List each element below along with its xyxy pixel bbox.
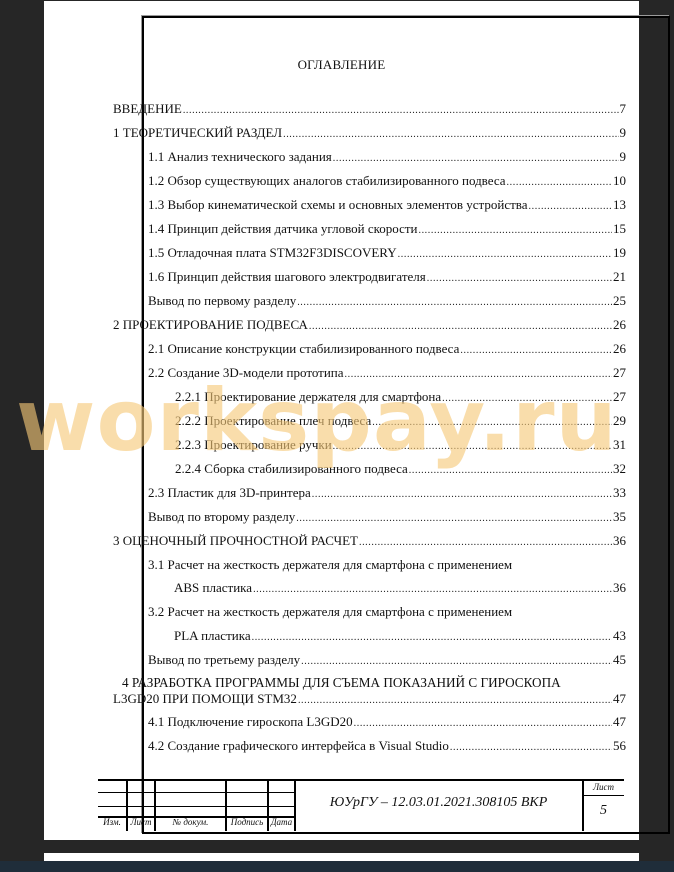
toc-entry-page: 45	[613, 651, 626, 669]
stamp-sheet-divider	[583, 795, 624, 796]
toc-entry[interactable]: 1.1 Анализ технического задания9	[148, 148, 626, 166]
toc-entry-page: 47	[613, 713, 626, 731]
toc-entry-label: 1.3 Выбор кинематической схемы и основны…	[148, 196, 528, 214]
toc-entry-page: 10	[613, 172, 626, 190]
stamp-border-top	[98, 779, 624, 781]
toc-entry[interactable]: ABS пластика36	[174, 579, 626, 597]
dot-leader	[297, 292, 612, 310]
toc-entry[interactable]: 1.2 Обзор существующих аналогов стабилиз…	[148, 172, 626, 190]
toc-entry-page: 7	[620, 100, 627, 118]
dot-leader	[345, 364, 612, 382]
toc-entry-label: 2.2.3 Проектирование ручки	[175, 436, 332, 454]
toc-entry-page: 9	[620, 148, 627, 166]
toc-entry-label-line1[interactable]: 3.1 Расчет на жесткость держателя для см…	[148, 556, 512, 574]
toc-entry-label: 2 ПРОЕКТИРОВАНИЕ ПОДВЕСА	[113, 316, 308, 334]
toc-entry[interactable]: 2.1 Описание конструкции стабилизированн…	[148, 340, 626, 358]
toc-entry-label: 2.3 Пластик для 3D-принтера	[148, 484, 311, 502]
dot-leader	[507, 172, 612, 190]
toc-entry[interactable]: 3 ОЦЕНОЧНЫЙ ПРОЧНОСТНОЙ РАСЧЕТ36	[113, 532, 626, 550]
toc-entry-label: ВВЕДЕНИЕ	[113, 100, 182, 118]
toc-entry-page: 15	[613, 220, 626, 238]
toc-entry-page: 27	[613, 388, 626, 406]
toc-entry-label: 2.2.1 Проектирование держателя для смарт…	[175, 388, 441, 406]
toc-entry-label: PLA пластика	[174, 627, 251, 645]
toc-entry-label: Вывод по первому разделу	[148, 292, 296, 310]
dot-leader	[418, 220, 612, 238]
toc-entry-page: 29	[613, 412, 626, 430]
toc-entry-page: 33	[613, 484, 626, 502]
toc-entry[interactable]: Вывод по первому разделу25	[148, 292, 626, 310]
toc-entry[interactable]: 1.3 Выбор кинематической схемы и основны…	[148, 196, 626, 214]
toc-entry-label: 3 ОЦЕНОЧНЫЙ ПРОЧНОСТНОЙ РАСЧЕТ	[113, 532, 358, 550]
toc-entry[interactable]: 4.2 Создание графического интерфейса в V…	[148, 737, 626, 755]
toc-entry-page: 31	[613, 436, 626, 454]
dot-leader	[312, 484, 612, 502]
toc-entry-label: 2.2.2 Проектирование плеч подвеса	[175, 412, 371, 430]
stamp-label-date: Дата	[268, 817, 295, 827]
toc-entry[interactable]: 2.2 Создание 3D-модели прототипа27	[148, 364, 626, 382]
dot-leader	[283, 124, 618, 142]
toc-entry-label-line1[interactable]: 3.2 Расчет на жесткость держателя для см…	[148, 603, 512, 621]
toc-entry[interactable]: Вывод по второму разделу35	[148, 508, 626, 526]
toc-entry-label: 2.2.4 Сборка стабилизированного подвеса	[175, 460, 408, 478]
dot-leader	[354, 713, 612, 731]
toc-entry-label: L3GD20 ПРИ ПОМОЩИ STM32	[113, 690, 297, 708]
toc-entry-label: Вывод по третьему разделу	[148, 651, 300, 669]
toc-entry-label: 1.4 Принцип действия датчика угловой ско…	[148, 220, 417, 238]
toc-entry-page: 21	[613, 268, 626, 286]
toc-entry-page: 9	[620, 124, 627, 142]
dot-leader	[333, 436, 612, 454]
toc-entry-page: 35	[613, 508, 626, 526]
toc-entry[interactable]: L3GD20 ПРИ ПОМОЩИ STM3247	[113, 690, 626, 708]
toc-entry-label: 1.2 Обзор существующих аналогов стабилиз…	[148, 172, 506, 190]
document-page: ОГЛАВЛЕНИЕ ВВЕДЕНИЕ7 1 ТЕОРЕТИЧЕСКИЙ РАЗ…	[44, 1, 639, 840]
toc-entry-label: ABS пластика	[174, 579, 252, 597]
sheet-number: 5	[583, 803, 624, 819]
dot-leader	[253, 579, 612, 597]
dot-leader	[333, 148, 619, 166]
toc-entry-label: 1.5 Отладочная плата STM32F3DISCOVERY	[148, 244, 397, 262]
viewer-bottom-bar	[0, 861, 674, 872]
dot-leader	[252, 627, 612, 645]
toc-entry-page: 19	[613, 244, 626, 262]
title-block-stamp: Изм. Лист № докум. Подпись Дата ЮУрГУ – …	[98, 779, 624, 831]
dot-leader	[529, 196, 612, 214]
toc-entry-label: 2.2 Создание 3D-модели прототипа	[148, 364, 344, 382]
toc-entry[interactable]: 2 ПРОЕКТИРОВАНИЕ ПОДВЕСА26	[113, 316, 626, 334]
stamp-label-sign: Подпись	[226, 817, 268, 827]
toc-entry-page: 27	[613, 364, 626, 382]
dot-leader	[398, 244, 612, 262]
toc-entry[interactable]: 2.2.1 Проектирование держателя для смарт…	[175, 388, 626, 406]
dot-leader	[309, 316, 612, 334]
toc-title: ОГЛАВЛЕНИЕ	[44, 57, 639, 73]
toc-entry-page: 32	[613, 460, 626, 478]
toc-entry[interactable]: 2.2.2 Проектирование плеч подвеса29	[175, 412, 626, 430]
toc-entry[interactable]: 1 ТЕОРЕТИЧЕСКИЙ РАЗДЕЛ9	[113, 124, 626, 142]
toc-entry-page: 25	[613, 292, 626, 310]
stamp-label-doc: № докум.	[156, 817, 225, 827]
toc-entry-page: 13	[613, 196, 626, 214]
dot-leader	[427, 268, 612, 286]
stamp-label-list: Лист	[127, 817, 155, 827]
toc-entry-label: Вывод по второму разделу	[148, 508, 295, 526]
toc-entry-page: 26	[613, 316, 626, 334]
toc-entry-label: 1.6 Принцип действия шагового электродви…	[148, 268, 426, 286]
toc-entry[interactable]: 4.1 Подключение гироскопа L3GD2047	[148, 713, 626, 731]
dot-leader	[409, 460, 612, 478]
toc-entry[interactable]: 2.3 Пластик для 3D-принтера33	[148, 484, 626, 502]
toc-entry-page: 47	[613, 690, 626, 708]
toc-entry-page: 36	[613, 579, 626, 597]
dot-leader	[372, 412, 612, 430]
toc-entry-page: 43	[613, 627, 626, 645]
toc-entry-label: 4.2 Создание графического интерфейса в V…	[148, 737, 449, 755]
stamp-label-izm: Изм.	[98, 817, 126, 827]
dot-leader	[460, 340, 612, 358]
dot-leader	[301, 651, 612, 669]
toc-entry[interactable]: ВВЕДЕНИЕ7	[113, 100, 626, 118]
dot-leader	[298, 690, 612, 708]
toc-entry-label: 4.1 Подключение гироскопа L3GD20	[148, 713, 353, 731]
dot-leader	[183, 100, 619, 118]
toc-entry[interactable]: PLA пластика43	[174, 627, 626, 645]
toc-entry-label: 1 ТЕОРЕТИЧЕСКИЙ РАЗДЕЛ	[113, 124, 282, 142]
toc-entry[interactable]: 1.5 Отладочная плата STM32F3DISCOVERY19	[148, 244, 626, 262]
toc-entry-page: 36	[613, 532, 626, 550]
toc-entry[interactable]: 1.4 Принцип действия датчика угловой ско…	[148, 220, 626, 238]
dot-leader	[296, 508, 612, 526]
dot-leader	[359, 532, 612, 550]
dot-leader	[442, 388, 612, 406]
dot-leader	[450, 737, 612, 755]
stamp-sheet-label: Лист	[583, 782, 624, 792]
toc-entry-page: 56	[613, 737, 626, 755]
toc-entry-label: 2.1 Описание конструкции стабилизированн…	[148, 340, 459, 358]
toc-entry[interactable]: 2.2.3 Проектирование ручки31	[175, 436, 626, 454]
toc-entry-label: 1.1 Анализ технического задания	[148, 148, 332, 166]
toc-entry[interactable]: 1.6 Принцип действия шагового электродви…	[148, 268, 626, 286]
toc-entry[interactable]: Вывод по третьему разделу45	[148, 651, 626, 669]
toc-entry-page: 26	[613, 340, 626, 358]
document-code: ЮУрГУ – 12.03.01.2021.308105 ВКР	[295, 795, 582, 811]
toc-entry[interactable]: 2.2.4 Сборка стабилизированного подвеса3…	[175, 460, 626, 478]
